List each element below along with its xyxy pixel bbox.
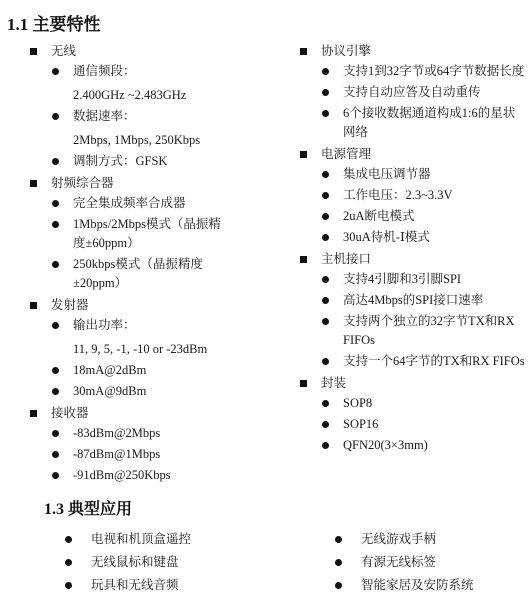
feature-group-receiver: 接收器 -83dBm@2Mbps -87dBm@1Mbps -91dBm@250… — [30, 403, 270, 485]
feature-item: 数据速率：2Mbps, 1Mbps, 250Kbps — [30, 107, 270, 150]
round-bullet-icon — [322, 110, 329, 117]
round-bullet-icon — [65, 582, 72, 589]
round-bullet-icon — [335, 559, 342, 566]
square-bullet-icon — [300, 256, 307, 263]
feature-group-heading: 发射器 — [51, 296, 89, 315]
round-bullet-icon — [65, 559, 72, 566]
round-bullet-icon — [322, 400, 329, 407]
feature-item: 支持自动应答及自动重传 — [300, 83, 525, 102]
round-bullet-icon — [52, 367, 59, 374]
round-bullet-icon — [52, 113, 59, 120]
feature-item: -91dBm@250Kbps — [30, 466, 270, 485]
round-bullet-icon — [322, 421, 329, 428]
round-bullet-icon — [52, 472, 59, 479]
application-item: 无线游戏手柄 — [335, 528, 474, 551]
feature-group-heading: 电源管理 — [321, 145, 371, 164]
feature-item: 集成电压调节器 — [300, 165, 525, 184]
feature-group-protocol-engine: 协议引擎 支持1到32字节或64字节数据长度 支持自动应答及自动重传 6个接收数… — [300, 41, 525, 142]
feature-group-heading: 封装 — [321, 374, 346, 393]
feature-group-power-management: 电源管理 集成电压调节器 工作电压：2.3~3.3V 2uA断电模式 30uA待… — [300, 144, 525, 247]
feature-group-host-interface: 主机接口 支持4引脚和3引脚SPI 高达4Mbps的SPI接口速率 支持两个独立… — [300, 249, 525, 371]
round-bullet-icon — [52, 68, 59, 75]
feature-item: 30uA待机-Ⅰ模式 — [300, 228, 525, 247]
features-right-column: 协议引擎 支持1到32字节或64字节数据长度 支持自动应答及自动重传 6个接收数… — [300, 41, 525, 457]
round-bullet-icon — [52, 200, 59, 207]
application-item: 电视和机顶盒遥控 — [65, 528, 191, 551]
round-bullet-icon — [335, 582, 342, 589]
feature-item: 1Mbps/2Mbps模式（晶振精度±60ppm） — [30, 215, 270, 253]
feature-group-heading: 协议引擎 — [321, 42, 371, 61]
round-bullet-icon — [52, 430, 59, 437]
feature-item: 工作电压：2.3~3.3V — [300, 186, 525, 205]
feature-group-heading: 射频综合器 — [51, 174, 114, 193]
round-bullet-icon — [322, 297, 329, 304]
application-item: 无线鼠标和键盘 — [65, 551, 191, 574]
feature-item: SOP8 — [300, 394, 525, 413]
round-bullet-icon — [322, 68, 329, 75]
feature-item: -83dBm@2Mbps — [30, 424, 270, 443]
applications-right-list: 无线游戏手柄 有源无线标签 智能家居及安防系统 — [335, 528, 474, 597]
round-bullet-icon — [322, 358, 329, 365]
round-bullet-icon — [65, 536, 72, 543]
feature-item: 18mA@2dBm — [30, 361, 270, 380]
feature-group-heading: 接收器 — [51, 404, 89, 423]
round-bullet-icon — [322, 192, 329, 199]
feature-item: 250kbps模式（晶振精度±20ppm） — [30, 255, 270, 293]
feature-item: 2uA断电模式 — [300, 207, 525, 226]
feature-item: 30mA@9dBm — [30, 382, 270, 401]
feature-group-package: 封装 SOP8 SOP16 QFN20(3×3mm) — [300, 373, 525, 455]
feature-item: 调制方式：GFSK — [30, 152, 270, 171]
feature-group-heading: 主机接口 — [321, 250, 371, 269]
feature-item: -87dBm@1Mbps — [30, 445, 270, 464]
round-bullet-icon — [52, 221, 59, 228]
square-bullet-icon — [30, 180, 37, 187]
features-left-column: 无线 通信频段：2.400GHz ~2.483GHz 数据速率：2Mbps, 1… — [30, 41, 270, 487]
square-bullet-icon — [30, 410, 37, 417]
round-bullet-icon — [322, 213, 329, 220]
round-bullet-icon — [322, 442, 329, 449]
round-bullet-icon — [335, 536, 342, 543]
feature-item: 完全集成频率合成器 — [30, 194, 270, 213]
round-bullet-icon — [322, 89, 329, 96]
feature-group-heading: 无线 — [51, 42, 76, 61]
application-item: 玩具和无线音频 — [65, 574, 191, 597]
round-bullet-icon — [322, 318, 329, 325]
feature-item: 支持4引脚和3引脚SPI — [300, 270, 525, 289]
square-bullet-icon — [300, 380, 307, 387]
square-bullet-icon — [300, 151, 307, 158]
section-title-main-features: 1.1 主要特性 — [7, 10, 101, 35]
feature-item: 支持1到32字节或64字节数据长度 — [300, 62, 525, 81]
feature-item: 通信频段：2.400GHz ~2.483GHz — [30, 62, 270, 105]
feature-group-rf-synthesizer: 射频综合器 完全集成频率合成器 1Mbps/2Mbps模式（晶振精度±60ppm… — [30, 173, 270, 293]
round-bullet-icon — [322, 276, 329, 283]
feature-item: QFN20(3×3mm) — [300, 436, 525, 455]
feature-item: 支持两个独立的32字节TX和RX FIFOs — [300, 312, 525, 350]
round-bullet-icon — [52, 322, 59, 329]
feature-item: 支持一个64字节的TX和RX FIFOs — [300, 352, 525, 371]
round-bullet-icon — [52, 451, 59, 458]
feature-item: 高达4Mbps的SPI接口速率 — [300, 291, 525, 310]
feature-item: 输出功率：11, 9, 5, -1, -10 or -23dBm — [30, 316, 270, 359]
feature-group-transmitter: 发射器 输出功率：11, 9, 5, -1, -10 or -23dBm 18m… — [30, 295, 270, 401]
round-bullet-icon — [322, 171, 329, 178]
applications-left-list: 电视和机顶盒遥控 无线鼠标和键盘 玩具和无线音频 — [65, 528, 191, 597]
round-bullet-icon — [52, 388, 59, 395]
round-bullet-icon — [322, 234, 329, 241]
square-bullet-icon — [300, 48, 307, 55]
feature-item: SOP16 — [300, 415, 525, 434]
application-item: 智能家居及安防系统 — [335, 574, 474, 597]
application-item: 有源无线标签 — [335, 551, 474, 574]
feature-group-wireless: 无线 通信频段：2.400GHz ~2.483GHz 数据速率：2Mbps, 1… — [30, 41, 270, 171]
square-bullet-icon — [30, 48, 37, 55]
feature-item: 6个接收数据通道构成1:6的星状网络 — [300, 104, 525, 142]
round-bullet-icon — [52, 261, 59, 268]
round-bullet-icon — [52, 158, 59, 165]
section-title-typical-applications: 1.3 典型应用 — [44, 496, 132, 519]
square-bullet-icon — [30, 302, 37, 309]
